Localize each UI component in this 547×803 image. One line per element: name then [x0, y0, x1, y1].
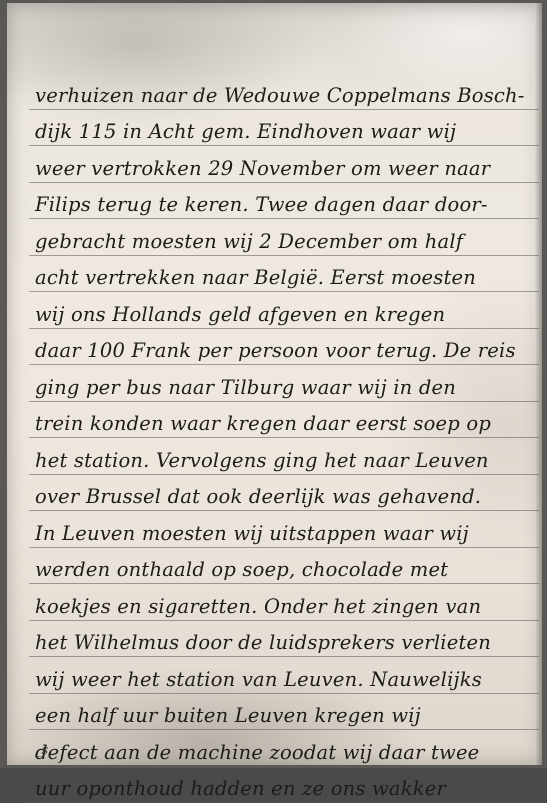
text-line: ging per bus naar Tilburg waar wij in de…	[29, 365, 539, 402]
line-text: koekjes en sigaretten. Onder het zingen …	[35, 595, 481, 618]
line-text: acht vertrekken naar België. Eerst moest…	[35, 266, 476, 289]
line-text: weer vertrokken 29 November om weer naar	[35, 157, 490, 180]
text-line: trein konden waar kregen daar eerst soep…	[29, 402, 539, 439]
text-line: koekjes en sigaretten. Onder het zingen …	[29, 584, 539, 621]
line-text: het station. Vervolgens ging het naar Le…	[35, 449, 489, 472]
line-text: het Wilhelmus door de luidsprekers verli…	[35, 631, 491, 654]
line-text: daar 100 Frank per persoon voor terug. D…	[35, 339, 516, 362]
line-text: In Leuven moesten wij uitstappen waar wi…	[35, 522, 469, 545]
text-line: weer vertrokken 29 November om weer naar	[29, 146, 539, 183]
text-line: In Leuven moesten wij uitstappen waar wi…	[29, 511, 539, 548]
text-line: acht vertrekken naar België. Eerst moest…	[29, 256, 539, 293]
text-line: wij ons Hollands geld afgeven en kregen	[29, 292, 539, 329]
line-text: trein konden waar kregen daar eerst soep…	[35, 412, 491, 435]
text-line: Filips terug te keren. Twee dagen daar d…	[29, 183, 539, 220]
text-line: defect aan de machine zoodat wij daar tw…	[29, 730, 539, 767]
text-line: het station. Vervolgens ging het naar Le…	[29, 438, 539, 475]
text-line: het Wilhelmus door de luidsprekers verli…	[29, 621, 539, 658]
text-line: verhuizen naar de Wedouwe Coppelmans Bos…	[29, 73, 539, 110]
line-text: verhuizen naar de Wedouwe Coppelmans Bos…	[35, 84, 525, 107]
line-text: defect aan de machine zoodat wij daar tw…	[35, 741, 479, 764]
text-line: over Brussel dat ook deerlijk was gehave…	[29, 475, 539, 512]
line-text: werden onthaald op soep, chocolade met	[35, 558, 448, 581]
line-text: gebracht moesten wij 2 December om half	[35, 230, 463, 253]
handwritten-text-block: verhuizen naar de Wedouwe Coppelmans Bos…	[29, 73, 539, 768]
line-text: dijk 115 in Acht gem. Eindhoven waar wij	[35, 120, 456, 143]
line-text: een half uur buiten Leuven kregen wij	[35, 704, 421, 727]
text-line: dijk 115 in Acht gem. Eindhoven waar wij	[29, 110, 539, 147]
scan-background: verhuizen naar de Wedouwe Coppelmans Bos…	[0, 0, 547, 768]
line-text: wij ons Hollands geld afgeven en kregen	[35, 303, 445, 326]
text-line: werden onthaald op soep, chocolade met	[29, 548, 539, 585]
text-line: wij weer het station van Leuven. Nauweli…	[29, 657, 539, 694]
text-line: gebracht moesten wij 2 December om half	[29, 219, 539, 256]
text-line: een half uur buiten Leuven kregen wij	[29, 694, 539, 731]
paper-page: verhuizen naar de Wedouwe Coppelmans Bos…	[7, 3, 542, 765]
line-text: wij weer het station van Leuven. Nauweli…	[35, 668, 482, 691]
line-text: Filips terug te keren. Twee dagen daar d…	[35, 193, 488, 216]
margin-mark: _s	[35, 743, 48, 758]
line-text: over Brussel dat ook deerlijk was gehave…	[35, 485, 481, 508]
line-text: ging per bus naar Tilburg waar wij in de…	[35, 376, 456, 399]
text-line: daar 100 Frank per persoon voor terug. D…	[29, 329, 539, 366]
